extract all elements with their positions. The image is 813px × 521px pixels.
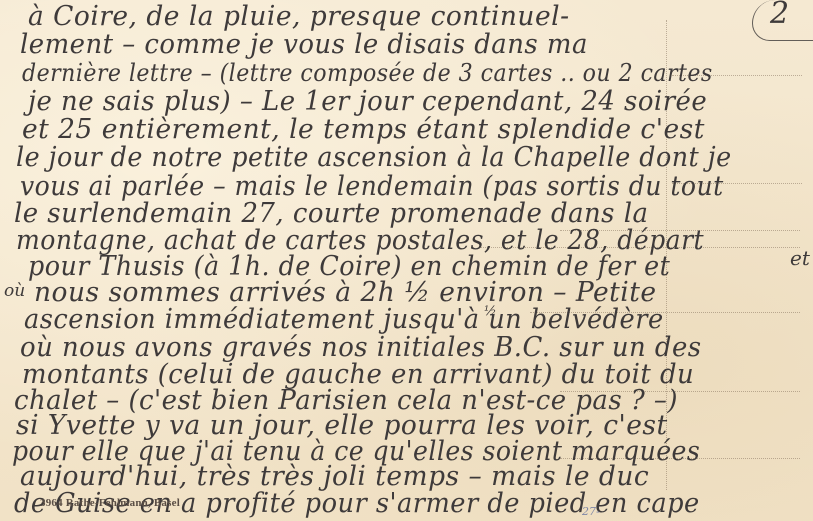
publisher-imprint: 3964 Rathe-Fehlmann, Basel [40, 497, 180, 509]
handwritten-line-2: lement – comme je vous le disais dans ma [20, 30, 588, 60]
handwritten-line-3: dernière lettre – (lettre composée de 3 … [22, 58, 713, 88]
postcard-back: 2 à Coire, de la pluie, presque continue… [0, 0, 813, 521]
handwritten-line-1: à Coire, de la pluie, presque continuel- [28, 2, 570, 32]
handwritten-line-4: je ne sais plus) – Le 1er jour cependant… [28, 87, 707, 117]
pencil-mark: 27- [582, 505, 600, 518]
right-margin-note: et [790, 246, 810, 270]
handwritten-line-6: le jour de notre petite ascension à la C… [16, 143, 732, 173]
left-margin-note: où [4, 281, 25, 301]
corner-annotation: 2 [770, 0, 789, 31]
handwritten-line-5: et 25 entièrement, le temps étant splend… [22, 115, 705, 145]
handwritten-line-12: ascension immédiatement jusqu'à un belvé… [24, 305, 664, 335]
